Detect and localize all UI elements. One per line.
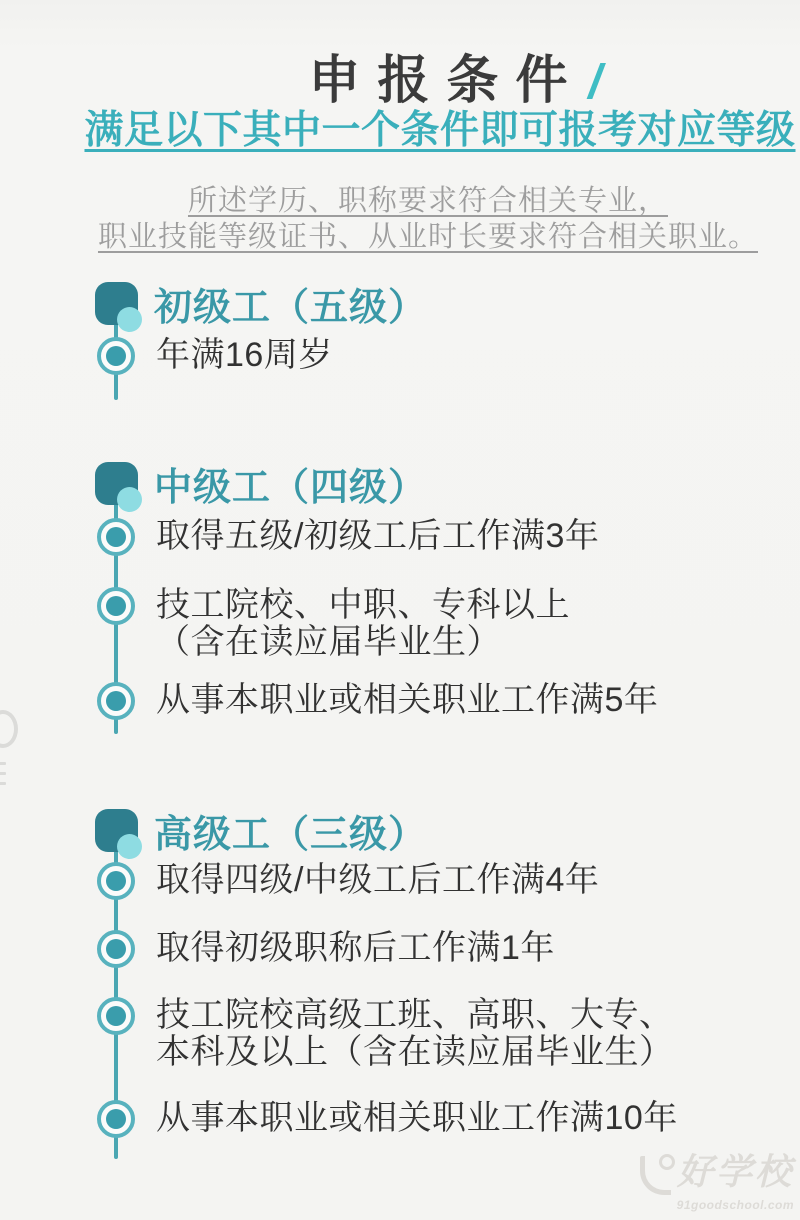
requirement-item: 从事本职业或相关职业工作满5年 <box>95 682 658 720</box>
bullet-ring-icon <box>97 930 135 968</box>
section-senior-worker: 高级工（三级） 取得四级/中级工后工作满4年 取得初级职称后工作满1年 技工院校… <box>95 803 792 1171</box>
level-badge-icon <box>95 282 138 325</box>
requirement-line: （含在读应届毕业生） <box>156 624 570 661</box>
section-header: 中级工（四级） <box>95 456 427 511</box>
note-line-1: 所述学历、职称要求符合相关专业， <box>188 185 668 217</box>
requirement-item: 从事本职业或相关职业工作满10年 <box>95 1100 678 1138</box>
requirement-line: 从事本职业或相关职业工作满10年 <box>156 1100 678 1137</box>
bullet-dot-icon <box>106 939 126 959</box>
section-title: 初级工（五级） <box>154 276 427 331</box>
bullet-dot-icon <box>106 1006 126 1026</box>
bullet-ring-icon <box>97 337 135 375</box>
section-title: 高级工（三级） <box>154 803 427 858</box>
school-logo-icon <box>640 1156 671 1195</box>
requirement-line: 取得五级/初级工后工作满3年 <box>156 518 599 555</box>
requirement-text: 取得四级/中级工后工作满4年 <box>156 862 599 899</box>
requirement-text: 技工院校、中职、专科以上 （含在读应届毕业生） <box>156 587 570 661</box>
subtitle-row: 满足以下其中一个条件即可报考对应等级 <box>40 99 800 155</box>
section-intermediate-worker: 中级工（四级） 取得五级/初级工后工作满3年 技工院校、中职、专科以上 （含在读… <box>95 456 792 748</box>
requirement-item: 取得四级/中级工后工作满4年 <box>95 862 599 900</box>
requirement-text: 年满16周岁 <box>156 337 333 374</box>
poster-canvas: 申报条件/ 满足以下其中一个条件即可报考对应等级 所述学历、职称要求符合相关专业… <box>0 0 800 1220</box>
watermark-arc-icon <box>0 710 18 748</box>
section-junior-worker: 初级工（五级） 年满16周岁 <box>95 276 792 416</box>
requirement-item: 年满16周岁 <box>95 337 333 375</box>
watermark-brand: 好学校 <box>677 1144 794 1195</box>
note-block: 所述学历、职称要求符合相关专业， 职业技能等级证书、从业时长要求符合相关职业。 <box>28 183 800 255</box>
watermark-bottom-right: 好学校 91goodschool.com <box>640 1144 794 1212</box>
bullet-ring-icon <box>97 682 135 720</box>
requirement-text: 取得初级职称后工作满1年 <box>156 930 555 967</box>
requirement-text: 取得五级/初级工后工作满3年 <box>156 518 599 555</box>
requirement-line: 本科及以上（含在读应届毕业生） <box>156 1034 674 1071</box>
requirement-item: 技工院校、中职、专科以上 （含在读应届毕业生） <box>95 587 570 661</box>
section-title: 中级工（四级） <box>154 456 427 511</box>
badge-notch-icon <box>117 834 142 859</box>
bullet-dot-icon <box>106 346 126 366</box>
level-badge-icon <box>95 462 138 505</box>
bullet-ring-icon <box>97 997 135 1035</box>
bullet-ring-icon <box>97 518 135 556</box>
requirement-text: 从事本职业或相关职业工作满10年 <box>156 1100 678 1137</box>
note-line-2: 职业技能等级证书、从业时长要求符合相关职业。 <box>98 221 758 253</box>
requirement-text: 技工院校高级工班、高职、大专、 本科及以上（含在读应届毕业生） <box>156 997 674 1071</box>
requirement-line: 技工院校、中职、专科以上 <box>156 587 570 624</box>
page-subtitle: 满足以下其中一个条件即可报考对应等级 <box>84 109 795 152</box>
bullet-dot-icon <box>106 596 126 616</box>
requirement-line: 取得四级/中级工后工作满4年 <box>156 862 599 899</box>
section-header: 高级工（三级） <box>95 803 427 858</box>
bullet-ring-icon <box>97 862 135 900</box>
bullet-dot-icon <box>106 691 126 711</box>
requirement-item: 技工院校高级工班、高职、大专、 本科及以上（含在读应届毕业生） <box>95 997 674 1071</box>
watermark-url: 91goodschool.com <box>640 1198 794 1212</box>
bullet-dot-icon <box>106 527 126 547</box>
section-header: 初级工（五级） <box>95 276 427 331</box>
requirement-item: 取得五级/初级工后工作满3年 <box>95 518 599 556</box>
requirement-item: 取得初级职称后工作满1年 <box>95 930 555 968</box>
watermark-brand-row: 好学校 <box>640 1144 794 1195</box>
requirement-line: 技工院校高级工班、高职、大专、 <box>156 997 674 1034</box>
requirement-line: 年满16周岁 <box>156 337 333 374</box>
badge-notch-icon <box>117 307 142 332</box>
bullet-ring-icon <box>97 1100 135 1138</box>
requirement-line: 从事本职业或相关职业工作满5年 <box>156 682 658 719</box>
level-badge-icon <box>95 809 138 852</box>
requirement-text: 从事本职业或相关职业工作满5年 <box>156 682 658 719</box>
watermark-ticks-icon <box>0 762 18 785</box>
badge-notch-icon <box>117 487 142 512</box>
watermark-fragment-left <box>0 710 18 785</box>
bullet-ring-icon <box>97 587 135 625</box>
bullet-dot-icon <box>106 871 126 891</box>
requirement-line: 取得初级职称后工作满1年 <box>156 930 555 967</box>
bullet-dot-icon <box>106 1109 126 1129</box>
